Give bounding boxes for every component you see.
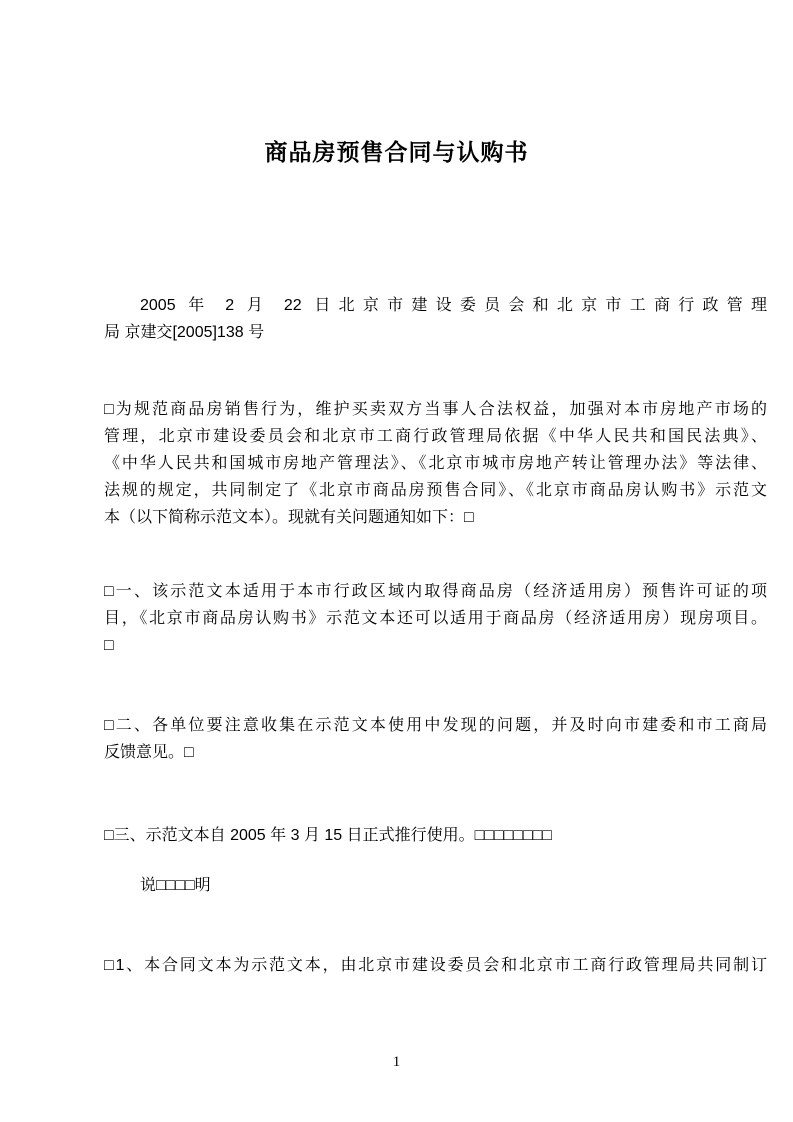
text-line: □1、本合同文本为示范文本，由北京市建设委员会和北京市工商行政管理局共同制订 — [104, 952, 767, 979]
text-line: □为规范商品房销售行为，维护买卖双方当事人合法权益，加强对本市房地产市场的 — [104, 396, 767, 423]
text-line: 说□□□□明 — [104, 872, 767, 899]
text-line: 2005 年 2 月 22 日北京市建设委员会和北京市工商行政管理 — [104, 292, 767, 319]
paragraph-item-3: □三、示范文本自 2005 年 3 月 15 日正式推行使用。□□□□□□□□ — [104, 822, 767, 849]
document-page: 商品房预售合同与认购书 2005 年 2 月 22 日北京市建设委员会和北京市工… — [0, 0, 793, 1122]
document-title: 商品房预售合同与认购书 — [0, 136, 793, 168]
text-line: 本（以下简称示范文本）。现就有关问题通知如下：□ — [104, 504, 767, 531]
paragraph-note-1: □1、本合同文本为示范文本，由北京市建设委员会和北京市工商行政管理局共同制订 — [104, 952, 767, 979]
paragraph-issuance: 2005 年 2 月 22 日北京市建设委员会和北京市工商行政管理 局 京建交[… — [104, 292, 767, 346]
paragraph-item-2: □二、各单位要注意收集在示范文本使用中发现的问题，并及时向市建委和市工商局 反馈… — [104, 712, 767, 766]
text-line: 法规的规定，共同制定了《北京市商品房预售合同》、《北京市商品房认购书》示范文 — [104, 477, 767, 504]
paragraph-shuoming-heading: 说□□□□明 — [104, 872, 767, 899]
text-line: 《中华人民共和国城市房地产管理法》、《北京市城市房地产转让管理办法》等法律、 — [104, 450, 767, 477]
text-line: 目，《北京市商品房认购书》示范文本还可以适用于商品房（经济适用房）现房项目。 — [104, 605, 767, 632]
paragraph-intro: □为规范商品房销售行为，维护买卖双方当事人合法权益，加强对本市房地产市场的 管理… — [104, 396, 767, 531]
paragraph-item-1: □一、该示范文本适用于本市行政区域内取得商品房（经济适用房）预售许可证的项 目，… — [104, 578, 767, 659]
text-line: 局 京建交[2005]138 号 — [104, 319, 767, 346]
text-line: □一、该示范文本适用于本市行政区域内取得商品房（经济适用房）预售许可证的项 — [104, 578, 767, 605]
text-line: □二、各单位要注意收集在示范文本使用中发现的问题，并及时向市建委和市工商局 — [104, 712, 767, 739]
page-number: 1 — [0, 1052, 793, 1072]
text-line: □三、示范文本自 2005 年 3 月 15 日正式推行使用。□□□□□□□□ — [104, 822, 767, 849]
text-line: 反馈意见。□ — [104, 739, 767, 766]
text-line: 管理，北京市建设委员会和北京市工商行政管理局依据《中华人民共和国民法典》、 — [104, 423, 767, 450]
text-line: □ — [104, 632, 767, 659]
